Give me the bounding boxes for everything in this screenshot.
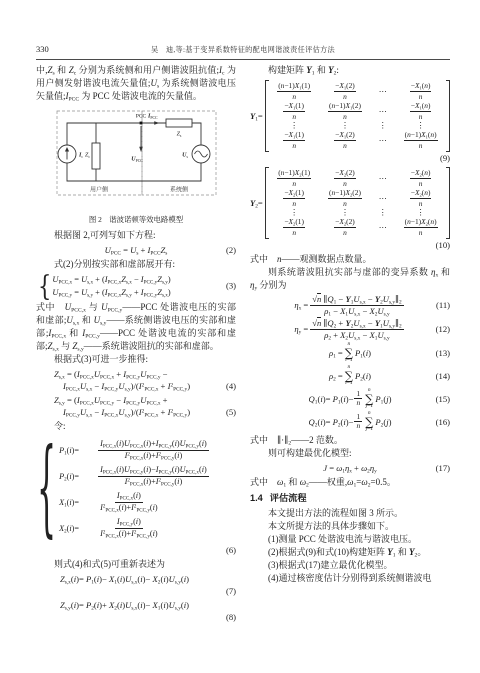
matrix-dots: ⋮ bbox=[341, 209, 349, 217]
paper-page: 330 吴 迪,等:基于变异系数特征的配电网谐波责任评估方法 中,Zs 和 Zc… bbox=[0, 0, 480, 673]
label-upcc: UPCC bbox=[131, 157, 143, 163]
equation-4: Zs,x = (IPCC,xUPCC,x + IPCC,yUPCC,y − bbox=[36, 368, 236, 380]
equation-15: Q1(i)= P1(i)− 1n n∑j=1 P1(j) (15) bbox=[250, 388, 450, 409]
matrix-cell: −X1(n)n bbox=[410, 82, 432, 101]
equation-line: X1(i)= IPCC,x(i)I2PCC,x(i)+I2PCC,y(i) bbox=[59, 491, 236, 513]
matrix-dots: ⋮ bbox=[341, 122, 349, 130]
page-header: 330 吴 迪,等:基于变异系数特征的配电网谐波责任评估方法 bbox=[36, 44, 450, 60]
step-item-2: (2)根据式(9)和式(10)构建矩阵 Y1 和 Y2。 bbox=[250, 546, 450, 559]
matrix-cell: −X2(1)n bbox=[283, 218, 305, 237]
equation-14: ρ2 = n∑i=1 P2(i) (14) bbox=[250, 365, 450, 386]
matrix-cell: (n−1)X2(2)n bbox=[328, 189, 362, 208]
equation-lhs: ρ1 = bbox=[329, 347, 343, 359]
equation-4-line2: IPCC,xUs,x − IPCC,yUs,y)/(I2PCC,x + I2PC… bbox=[36, 380, 236, 392]
matrix-dots: ⋯ bbox=[379, 137, 387, 145]
fraction-denominator: ρ1 − X1Us,x − X2Us,y bbox=[322, 306, 392, 317]
fraction-numerator: √n ∥Q2 + Y2Us,x − Y1Us,y∥2 bbox=[310, 318, 403, 330]
equation-body: Zs,x = (IPCC,xUPCC,x + IPCC,yUPCC,y − bbox=[54, 369, 168, 379]
equation-body: Zs,y(i)= P2(i)+ X2(i)Us,x(i)− X1(i)Us,y(… bbox=[60, 600, 189, 610]
fraction-denominator: ρ2 + X2Us,x − X1Us,y bbox=[322, 330, 392, 341]
matrix-cell: (n−1)X1(n)n bbox=[404, 131, 438, 150]
paragraph-flow-intro: 本文提出方法的流程如图 3 所示。 bbox=[250, 507, 450, 520]
matrix-cell: −X2(n)n bbox=[410, 169, 432, 188]
equation-number: (4) bbox=[226, 380, 236, 392]
right-bracket bbox=[446, 167, 450, 239]
matrix-dots: ⋯ bbox=[379, 108, 387, 116]
paragraph-intro-eq2: 根据图 2,可列写如下方程: bbox=[36, 229, 236, 242]
fraction-numerator: IPCC,x(i)UPCC,x(i)+IPCC,y(i)UPCC,y(i) bbox=[98, 439, 209, 451]
equation-lhs: P1(i)= bbox=[59, 444, 96, 457]
equation-5: Zs,y = (IPCC,xUPCC,y − IPCC,yUPCC,x + bbox=[36, 394, 236, 406]
impedance-zs bbox=[166, 119, 192, 127]
matrix-dots: ⋮ bbox=[417, 122, 425, 130]
equation-lhs: Y2= bbox=[250, 197, 263, 210]
fraction-numerator: √n ∥Q1 − Y1Us,x − Y2Us,y∥2 bbox=[310, 294, 403, 306]
two-column-body: 中,Zs 和 Zc 分别为系统侧和用户侧谐波阻抗值;Ic 为用户侧发射谐波电流矢… bbox=[36, 64, 450, 625]
section-title: 评估流程 bbox=[270, 493, 307, 503]
matrix-cell: (n−1)X1(2)n bbox=[328, 102, 362, 121]
equation-10: Y2= (n−1)X2(1)n−X2(2)n⋯−X2(n)n−X2(1)n(n−… bbox=[250, 167, 450, 239]
fraction-numerator: IPCC,y(i) bbox=[115, 517, 143, 529]
fraction: IPCC,x(i)UPCC,x(i)+IPCC,y(i)UPCC,y(i)I2P… bbox=[98, 439, 209, 461]
section-heading-1-4: 1.4评估流程 bbox=[250, 492, 450, 505]
paragraph-let: 令: bbox=[36, 420, 236, 433]
paragraph-symbols: 中,Zs 和 Zc 分别为系统侧和用户侧谐波阻抗值;Ic 为用户侧发射谐波电流矢… bbox=[36, 64, 236, 103]
matrix-dots: ⋮ bbox=[290, 209, 298, 217]
equation-number: (10) bbox=[250, 240, 450, 251]
equation-line: UPCC,y = Us,y + (IPCC,xZs,y + IPCC,yZs,x… bbox=[52, 286, 236, 299]
fraction-denominator: n bbox=[354, 399, 362, 407]
equation-body: J = ω1ηx + ω2ηy bbox=[323, 463, 377, 473]
equation-number: (13) bbox=[436, 347, 450, 359]
equation-2: UPCC = Us + IPCCZs (2) bbox=[36, 244, 236, 256]
paragraph-notation-n: 式中 n——观测数据点数量。 bbox=[250, 253, 450, 266]
step-item-4: (4)通过核密度估计分别得到系统侧谐波电 bbox=[250, 572, 450, 585]
section-number: 1.4 bbox=[250, 493, 263, 503]
label-ic: Ic bbox=[78, 153, 83, 159]
brace: { bbox=[38, 277, 51, 295]
matrix-cell: −X1(n)n bbox=[410, 102, 432, 121]
equation-line: UPCC,x = Us,x + (IPCC,xZs,x − IPCC,yZs,y… bbox=[52, 273, 236, 286]
fraction: √n ∥Q2 + Y2Us,x − Y1Us,y∥2ρ2 + X2Us,x − … bbox=[310, 318, 403, 340]
matrix-dots: ⋯ bbox=[379, 175, 387, 183]
matrix-dots: ⋮ bbox=[379, 122, 387, 130]
fraction-denominator: I2PCC,x(i)+I2PCC,y(i) bbox=[123, 477, 185, 488]
label-zc: Zc bbox=[85, 153, 90, 159]
step-item-3: (3)根据式(17)建立最优化模型。 bbox=[250, 559, 450, 572]
summation: n∑j=1 bbox=[365, 411, 373, 432]
matrix-cell: (n−1)X2(n)n bbox=[404, 218, 438, 237]
summation: n∑j=1 bbox=[365, 388, 373, 409]
matrix-cell: (n−1)X1(1)n bbox=[277, 82, 311, 101]
matrix-dots: ⋮ bbox=[417, 209, 425, 217]
equation-body: UPCC = Us + IPCCZs bbox=[105, 245, 168, 255]
equation-number: (16) bbox=[436, 416, 450, 428]
paragraph-norm-note: 式中 ∥·∥2——2 范数。 bbox=[250, 434, 450, 447]
equation-number: (9) bbox=[250, 153, 450, 164]
equation-line: X2(i)= IPCC,y(i)I2PCC,x(i)+I2PCC,y(i) bbox=[59, 517, 236, 539]
wire-top-right bbox=[192, 123, 201, 145]
fraction-denominator: I2PCC,x(i)+I2PCC,y(i) bbox=[98, 503, 160, 514]
fraction: 1n bbox=[354, 390, 362, 407]
matrix-y1: (n−1)X1(1)n−X1(2)n⋯−X1(n)n−X1(1)n(n−1)X1… bbox=[269, 80, 446, 152]
equation-body: P1(i) bbox=[355, 347, 371, 359]
equation-11: ηx = √n ∥Q1 − Y1Us,x − Y2Us,y∥2ρ1 − X1Us… bbox=[250, 294, 450, 316]
label-system-side: 系统侧 bbox=[170, 186, 188, 194]
matrix-cell: −X1(2)n bbox=[334, 131, 356, 150]
equation-body: Q1(i)= P1(i)− bbox=[309, 393, 354, 405]
fraction-denominator: I2PCC,x(i)+I2PCC,y(i) bbox=[123, 451, 185, 462]
equation-8: Zs,y(i)= P2(i)+ X2(i)Us,x(i)− X1(i)Us,y(… bbox=[36, 599, 236, 611]
equation-number: (14) bbox=[436, 370, 450, 382]
equation-lhs: X1(i)= bbox=[59, 496, 96, 509]
equation-number: (11) bbox=[436, 299, 450, 311]
equation-lhs: ηx = bbox=[294, 299, 308, 311]
matrix-dots: ⋯ bbox=[379, 195, 387, 203]
equation-3: { UPCC,x = Us,x + (IPCC,xZs,x − IPCC,yZs… bbox=[36, 273, 236, 299]
equation-5-line2: IPCC,yUs,x − IPCC,xUs,y)/(I2PCC,x + I2PC… bbox=[36, 406, 236, 418]
equation-body: Q2(i)= P2(i)− bbox=[309, 416, 354, 428]
equation-number: (3) bbox=[226, 280, 236, 293]
matrix-cell: −X1(2)n bbox=[334, 82, 356, 101]
fraction: 1n bbox=[354, 413, 362, 430]
matrix-dots: ⋮ bbox=[290, 122, 298, 130]
equation-number: (2) bbox=[226, 244, 236, 256]
matrix-cell: −X1(1)n bbox=[283, 131, 305, 150]
running-title: 吴 迪,等:基于变异系数特征的配电网谐波责任评估方法 bbox=[84, 45, 402, 55]
equation-body: Zs,x(i)= P1(i)− X1(i)Us,x(i)− X2(i)Us,y(… bbox=[60, 574, 189, 584]
impedance-zc bbox=[92, 143, 100, 169]
label-pcc: PCC bbox=[136, 114, 147, 120]
step-item-1: (1)测量 PCC 处谐波电流与谐波电压。 bbox=[250, 533, 450, 546]
equation-lhs: X2(i)= bbox=[59, 522, 96, 535]
paragraph-intro-eq11: 则系统谐波阻抗实部与虚部的变异系数 ηx 和 ηy 分别为 bbox=[250, 266, 450, 292]
matrix-cell: −X2(2)n bbox=[334, 169, 356, 188]
paragraph-intro-eq4: 根据式(3)可进一步推得: bbox=[36, 353, 236, 366]
brace: { bbox=[37, 466, 56, 512]
equation-lhs: ηy = bbox=[294, 323, 308, 335]
matrix-cell: −X2(n)n bbox=[410, 189, 432, 208]
fraction-denominator: n bbox=[354, 422, 362, 430]
paragraph-notation-eq3: 式中 UPCC,x 与 UPCC,y——PCC 处谐波电压的实部和虚部;Us,x… bbox=[36, 301, 236, 353]
equation-number: (8) bbox=[36, 612, 236, 623]
page-number: 330 bbox=[36, 44, 84, 54]
matrix-dots: ⋮ bbox=[379, 209, 387, 217]
equation-body: IPCC,yUs,x − IPCC,xUs,y)/(I2PCC,x + I2PC… bbox=[63, 407, 190, 417]
matrix-y2: (n−1)X2(1)n−X2(2)n⋯−X2(n)n−X2(1)n(n−1)X2… bbox=[269, 167, 446, 239]
equation-6: { P1(i)= IPCC,x(i)UPCC,x(i)+IPCC,y(i)UPC… bbox=[36, 435, 236, 543]
matrix-cell: −X2(2)n bbox=[334, 218, 356, 237]
equation-17: J = ω1ηx + ω2ηy (17) bbox=[250, 462, 450, 474]
fraction-numerator: IPCC,x(i) bbox=[115, 491, 143, 503]
equation-line: P2(i)= IPCC,x(i)UPCC,y(i)−IPCC,y(i)UPCC,… bbox=[59, 465, 236, 487]
equation-number: (12) bbox=[436, 323, 450, 335]
fraction: √n ∥Q1 − Y1Us,x − Y2Us,y∥2ρ1 − X1Us,x − … bbox=[310, 294, 403, 316]
figure-caption: 图 2 谐波诺顿等效电路模型 bbox=[36, 213, 236, 226]
equation-13: ρ1 = n∑i=1 P1(i) (13) bbox=[250, 342, 450, 363]
matrix-dots: ⋯ bbox=[379, 88, 387, 96]
left-column: 中,Zs 和 Zc 分别为系统侧和用户侧谐波阻抗值;Ic 为用户侧发射谐波电流矢… bbox=[36, 64, 236, 625]
paragraph-build-matrices: 构建矩阵 Y1 和 Y2: bbox=[250, 64, 450, 77]
paragraph-weights-note: 式中 ω1 和 ω2——权重,ω1=ω2=0.5。 bbox=[250, 476, 450, 489]
matrix-cell: (n−1)X2(1)n bbox=[277, 169, 311, 188]
equation-16: Q2(i)= P2(i)− 1n n∑j=1 P2(j) (16) bbox=[250, 411, 450, 432]
fraction: IPCC,x(i)UPCC,y(i)−IPCC,y(i)UPCC,x(i)I2P… bbox=[98, 465, 209, 487]
equation-body: P2(i) bbox=[355, 370, 371, 382]
fraction-numerator: IPCC,x(i)UPCC,y(i)−IPCC,y(i)UPCC,x(i) bbox=[98, 465, 209, 477]
label-user-side: 用户侧 bbox=[90, 186, 108, 194]
paragraph-intro-eq3: 式(2)分别按实部和虚部展开有: bbox=[36, 258, 236, 271]
fraction-denominator: I2PCC,x(i)+I2PCC,y(i) bbox=[98, 529, 160, 540]
matrix-cell: −X2(1)n bbox=[283, 189, 305, 208]
fraction: IPCC,x(i)I2PCC,x(i)+I2PCC,y(i) bbox=[98, 491, 160, 513]
fraction: IPCC,y(i)I2PCC,x(i)+I2PCC,y(i) bbox=[98, 517, 160, 539]
equation-system-body: P1(i)= IPCC,x(i)UPCC,x(i)+IPCC,y(i)UPCC,… bbox=[59, 435, 236, 543]
equation-body: P1(j) bbox=[375, 393, 391, 405]
circuit-diagram: PCC IPCC Zs UPCC Ic Zc Us 用户侧 系统侧 bbox=[40, 107, 232, 207]
equation-lhs: P2(i)= bbox=[59, 470, 96, 483]
wire-bottom bbox=[67, 163, 201, 181]
wire-top-left bbox=[67, 123, 166, 145]
equation-lhs: Y1= bbox=[250, 110, 263, 123]
matrix-cell: −X1(1)n bbox=[283, 102, 305, 121]
equation-body: Zs,y = (IPCC,xUPCC,y − IPCC,yUPCC,x + bbox=[54, 395, 168, 405]
equation-lhs: ρ2 = bbox=[329, 370, 343, 382]
right-column: 构建矩阵 Y1 和 Y2: Y1= (n−1)X1(1)n−X1(2)n⋯−X1… bbox=[250, 64, 450, 625]
equation-number: (17) bbox=[436, 462, 450, 474]
equation-12: ηy = √n ∥Q2 + Y2Us,x − Y1Us,y∥2ρ2 + X2Us… bbox=[250, 318, 450, 340]
equation-body: IPCC,xUs,x − IPCC,yUs,y)/(I2PCC,x + I2PC… bbox=[63, 381, 190, 391]
summation: n∑i=1 bbox=[345, 342, 353, 363]
pcc-node bbox=[140, 122, 143, 125]
paragraph-intro-eq17: 则可构建最优化模型: bbox=[250, 447, 450, 460]
equation-body: P2(j) bbox=[375, 416, 391, 428]
ipcc-arrowhead bbox=[154, 121, 159, 125]
paragraph-steps-intro: 本文所提方法的具体步骤如下。 bbox=[250, 520, 450, 533]
equation-number: (15) bbox=[436, 393, 450, 405]
equation-line: P1(i)= IPCC,x(i)UPCC,x(i)+IPCC,y(i)UPCC,… bbox=[59, 439, 236, 461]
label-zs: Zs bbox=[177, 132, 182, 138]
equation-9: Y1= (n−1)X1(1)n−X1(2)n⋯−X1(n)n−X1(1)n(n−… bbox=[250, 80, 450, 152]
figure-2: PCC IPCC Zs UPCC Ic Zc Us 用户侧 系统侧 图 2 谐波… bbox=[36, 107, 236, 226]
matrix-dots: ⋯ bbox=[379, 224, 387, 232]
equation-number: (5) bbox=[226, 406, 236, 418]
equation-number: (7) bbox=[36, 586, 236, 597]
equation-7: Zs,x(i)= P1(i)− X1(i)Us,x(i)− X2(i)Us,y(… bbox=[36, 573, 236, 585]
label-us: Us bbox=[182, 153, 188, 159]
right-bracket bbox=[446, 80, 450, 152]
equation-number: (6) bbox=[36, 545, 236, 556]
label-ipcc: IPCC bbox=[147, 114, 158, 120]
paragraph-intro-eq7: 则式(4)和式(5)可重新表述为 bbox=[36, 558, 236, 571]
summation: n∑i=1 bbox=[345, 365, 353, 386]
equation-system-body: UPCC,x = Us,x + (IPCC,xZs,x − IPCC,yZs,y… bbox=[52, 273, 236, 299]
